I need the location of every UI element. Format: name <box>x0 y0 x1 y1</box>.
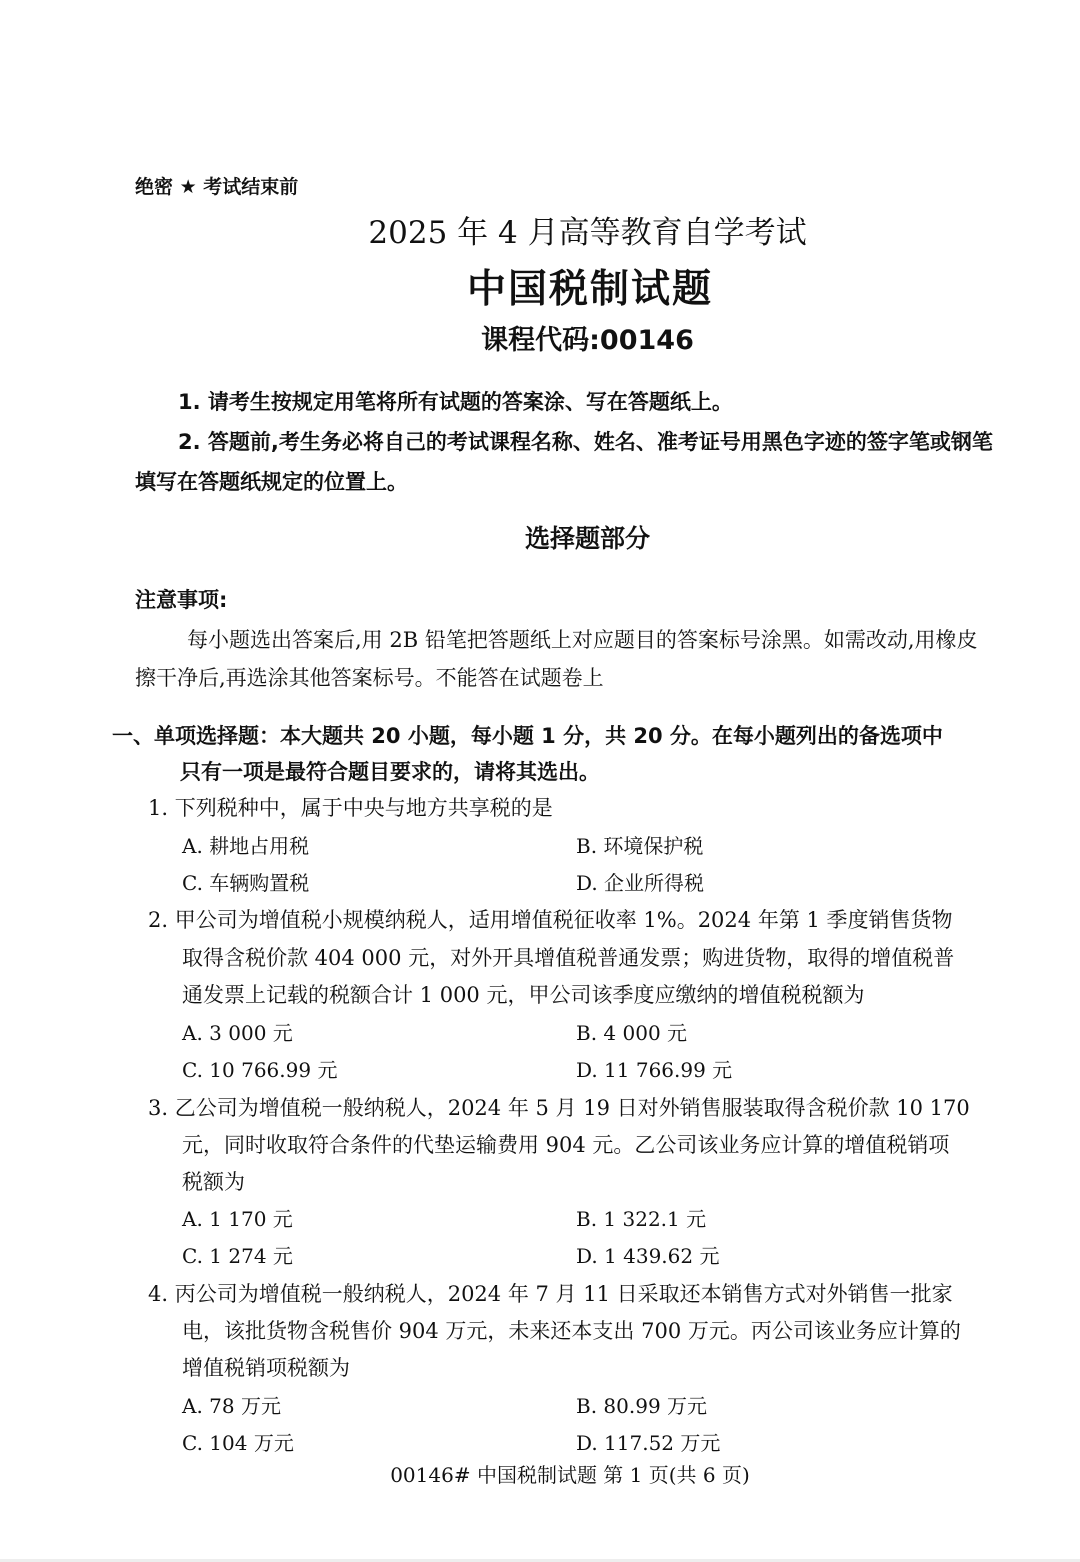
option-b: B. 4 000 元 <box>576 1017 687 1046</box>
instruction-2: 2. 答题前,考生务必将自己的考试课程名称、姓名、准考证号用黑色字迹的签字笔或钢… <box>178 426 993 456</box>
option-c: C. 10 766.99 元 <box>182 1054 337 1083</box>
option-d: D. 企业所得税 <box>576 867 704 896</box>
course-code: 课程代码:00146 <box>0 318 1080 357</box>
part-title-line-1: 一、单项选择题：本大题共 20 小题，每小题 1 分，共 20 分。在每小题列出… <box>112 720 943 750</box>
question-text: 取得含税价款 404 000 元，对外开具增值税普通发票；购进货物，取得的增值税… <box>182 942 954 972</box>
option-d: D. 117.52 万元 <box>576 1427 720 1456</box>
subject-title: 中国税制试题 <box>0 258 1080 314</box>
confidential-label: 绝密 ★ 考试结束前 <box>135 172 298 199</box>
question-text: 通发票上记载的税额合计 1 000 元，甲公司该季度应缴纳的增值税税额为 <box>182 979 864 1009</box>
question-text: 3. 乙公司为增值税一般纳税人，2024 年 5 月 19 日对外销售服装取得含… <box>148 1092 970 1122</box>
notes-label: 注意事项: <box>135 584 227 614</box>
option-c: C. 车辆购置税 <box>182 867 309 896</box>
option-b: B. 1 322.1 元 <box>576 1203 706 1232</box>
question-text: 1. 下列税种中，属于中央与地方共享税的是 <box>148 792 553 822</box>
option-a: A. 1 170 元 <box>182 1203 293 1232</box>
exam-title: 2025 年 4 月高等教育自学考试 <box>0 207 1080 252</box>
question-text: 增值税销项税额为 <box>182 1352 350 1382</box>
option-d: D. 1 439.62 元 <box>576 1240 719 1269</box>
page-footer: 00146# 中国税制试题 第 1 页(共 6 页) <box>0 1459 1080 1488</box>
instruction-2-cont: 填写在答题纸规定的位置上。 <box>135 466 408 496</box>
option-d: D. 11 766.99 元 <box>576 1054 732 1083</box>
option-b: B. 环境保护税 <box>576 830 703 859</box>
option-a: A. 3 000 元 <box>182 1017 293 1046</box>
option-b: B. 80.99 万元 <box>576 1390 707 1419</box>
question-text: 2. 甲公司为增值税小规模纳税人，适用增值税征收率 1%。2024 年第 1 季… <box>148 904 953 934</box>
question-text: 电，该批货物含税售价 904 万元，未来还本支出 700 万元。丙公司该业务应计… <box>182 1315 961 1345</box>
question-text: 税额为 <box>182 1166 245 1196</box>
section-heading: 选择题部分 <box>0 519 1080 555</box>
notes-line-1: 每小题选出答案后,用 2B 铅笔把答题纸上对应题目的答案标号涂黑。如需改动,用橡… <box>187 624 978 654</box>
option-a: A. 78 万元 <box>182 1390 281 1419</box>
instruction-1: 1. 请考生按规定用笔将所有试题的答案涂、写在答题纸上。 <box>178 386 733 416</box>
part-title-line-2: 只有一项是最符合题目要求的，请将其选出。 <box>180 756 600 786</box>
question-text: 4. 丙公司为增值税一般纳税人，2024 年 7 月 11 日采取还本销售方式对… <box>148 1278 953 1308</box>
option-a: A. 耕地占用税 <box>182 830 309 859</box>
option-c: C. 104 万元 <box>182 1427 294 1456</box>
option-c: C. 1 274 元 <box>182 1240 293 1269</box>
question-text: 元，同时收取符合条件的代垫运输费用 904 元。乙公司该业务应计算的增值税销项 <box>182 1129 949 1159</box>
notes-line-2: 擦干净后,再选涂其他答案标号。不能答在试题卷上 <box>135 662 604 692</box>
